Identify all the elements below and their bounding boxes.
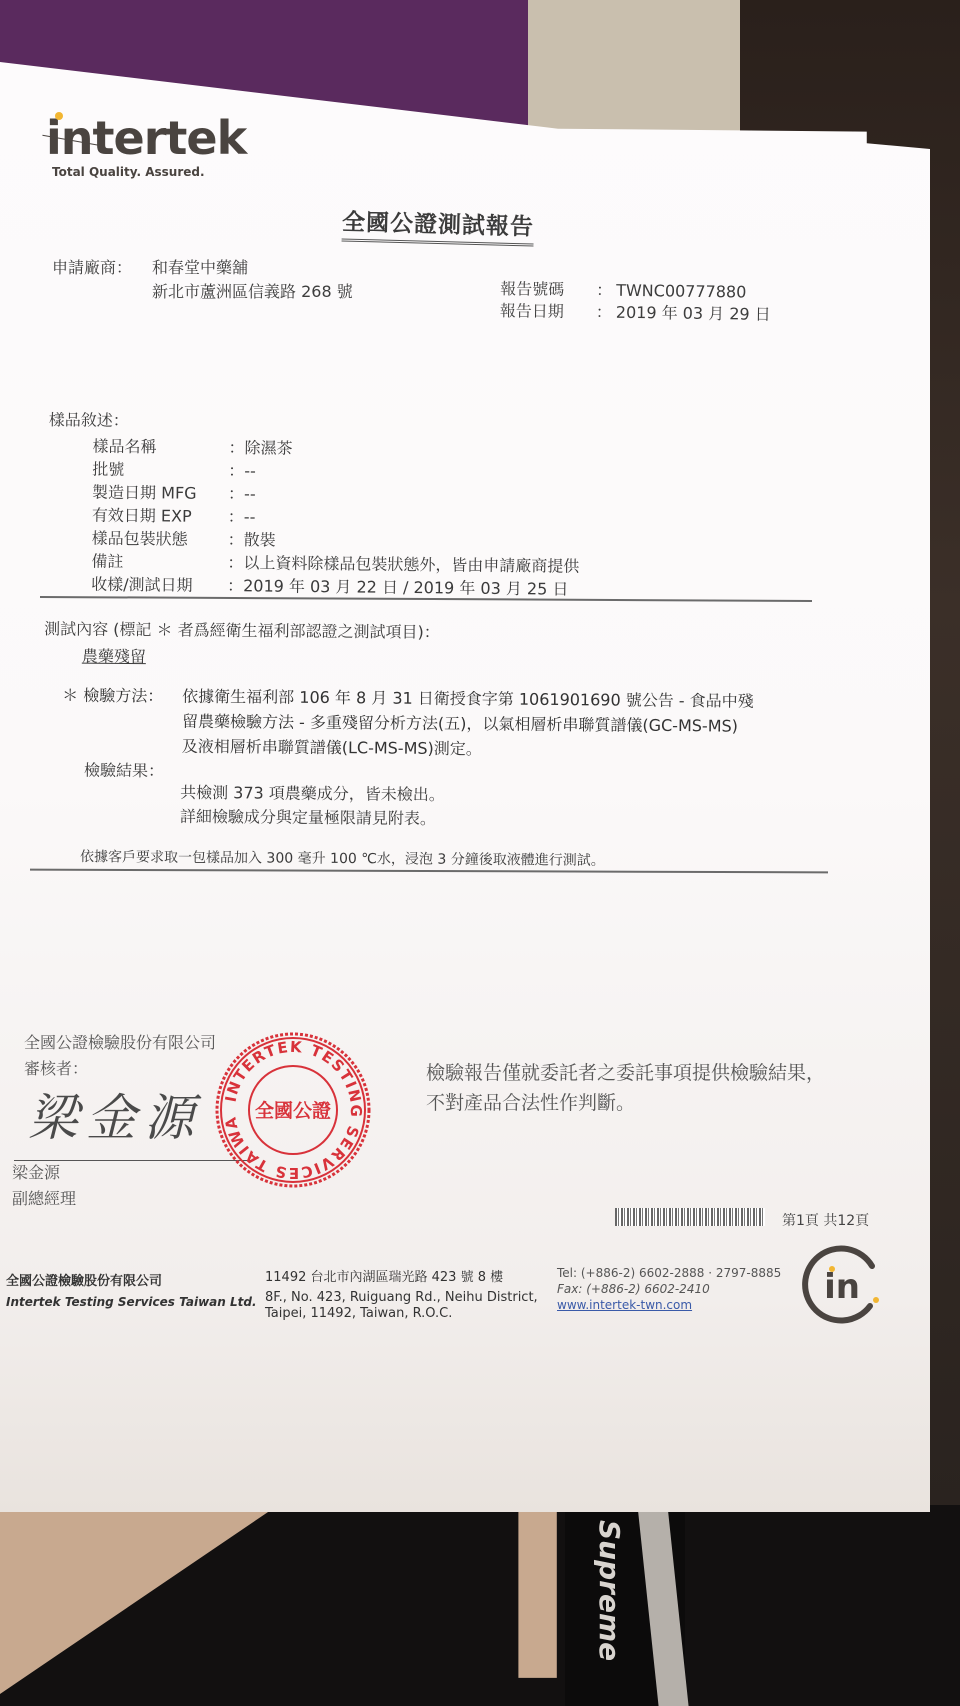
applicant-label: 申請廠商： bbox=[52, 256, 152, 280]
strap-logo-text: Supreme bbox=[593, 1520, 626, 1661]
signer-name: 梁金源 bbox=[12, 1160, 76, 1186]
company-seal-stamp: INTERTEK TESTING SERVICES TAIWAN LTD. 全國… bbox=[213, 1030, 373, 1190]
footer-fax: Fax: (+886-2) 6602-2410 bbox=[557, 1281, 781, 1297]
logo-accent-dot bbox=[55, 112, 63, 120]
signer-title: 副總經理 bbox=[12, 1186, 76, 1212]
test-content: 測試內容 (標記 ＊ 者爲經衛生福利部認證之測試項目)： 農藥殘留 bbox=[44, 616, 440, 669]
applicant-name: 和春堂中藥舖 bbox=[152, 258, 248, 277]
report-title: 全國公證測試報告 bbox=[342, 203, 535, 246]
result-line: 詳細檢驗成分與定量極限請見附表。 bbox=[180, 805, 445, 831]
footer-contact: Tel: (+886-2) 6602-2888 · 2797-8885 Fax:… bbox=[557, 1265, 781, 1313]
disclaimer: 檢驗報告僅就委託者之委託事項提供檢驗結果，不對產品合法性作判斷。 bbox=[426, 1058, 836, 1118]
report-date: 2019 年 03 月 29 日 bbox=[616, 303, 771, 324]
test-method: ＊ 檢驗方法： 依據衛生福利部 106 年 8 月 31 日衛授食字第 1061… bbox=[62, 683, 823, 765]
method-label: ＊ 檢驗方法： bbox=[62, 683, 183, 759]
sample-description: 樣品敘述： 樣品名稱：除濕茶 批號：-- 製造日期 MFG：-- 有效日期 EX… bbox=[47, 407, 581, 601]
report-meta: 報告號碼：TWNC00777880 報告日期：2019 年 03 月 29 日 bbox=[500, 278, 771, 326]
applicant-address: 新北市蘆洲區信義路 268 號 bbox=[152, 280, 353, 304]
signature-company: 全國公證檢驗股份有限公司 審核者： bbox=[24, 1030, 216, 1082]
barcode bbox=[615, 1208, 765, 1226]
result-body: 共檢測 373 項農藥成分，皆未檢出。 詳細檢驗成分與定量極限請見附表。 bbox=[180, 781, 445, 831]
applicant-block: 申請廠商：和春堂中藥舖 新北市蘆洲區信義路 268 號 bbox=[52, 256, 353, 304]
intertek-in-badge-icon: in bbox=[802, 1242, 882, 1326]
result-label: 檢驗結果： bbox=[84, 758, 164, 782]
sample-heading: 樣品敘述： bbox=[49, 407, 581, 436]
report-date-label: 報告日期 bbox=[500, 300, 596, 323]
footer-website-link[interactable]: www.intertek-twn.com bbox=[557, 1297, 781, 1313]
logo-tagline: Total Quality. Assured. bbox=[52, 165, 246, 179]
page-number: 第1頁 共12頁 bbox=[782, 1210, 869, 1230]
footer-address: 11492 台北市內湖區瑞光路 423 號 8 樓 8F., No. 423, … bbox=[265, 1270, 538, 1322]
result-line: 共檢測 373 項農藥成分，皆未檢出。 bbox=[180, 781, 445, 807]
handwritten-signature: 梁金源 bbox=[28, 1078, 202, 1150]
report-number: TWNC00777880 bbox=[616, 281, 746, 302]
intertek-logo: intertek Total Quality. Assured. bbox=[46, 115, 246, 179]
svg-text:全國公證: 全國公證 bbox=[255, 1099, 331, 1122]
report-number-label: 報告號碼 bbox=[500, 278, 596, 301]
logo-wordmark: intertek bbox=[46, 115, 246, 161]
signer: 梁金源 副總經理 bbox=[12, 1160, 76, 1212]
test-note: 依據客戶要求取一包樣品加入 300 毫升 100 ℃水，浸泡 3 分鐘後取液體進… bbox=[80, 846, 605, 870]
footer-company: 全國公證檢驗股份有限公司 Intertek Testing Services T… bbox=[6, 1272, 257, 1312]
test-content-heading: 測試內容 (標記 ＊ 者爲經衛生福利部認證之測試項目)： bbox=[44, 616, 440, 642]
footer-tel: Tel: (+886-2) 6602-2888 · 2797-8885 bbox=[557, 1265, 781, 1281]
test-item: 農藥殘留 bbox=[82, 644, 440, 670]
svg-text:in: in bbox=[824, 1267, 860, 1307]
